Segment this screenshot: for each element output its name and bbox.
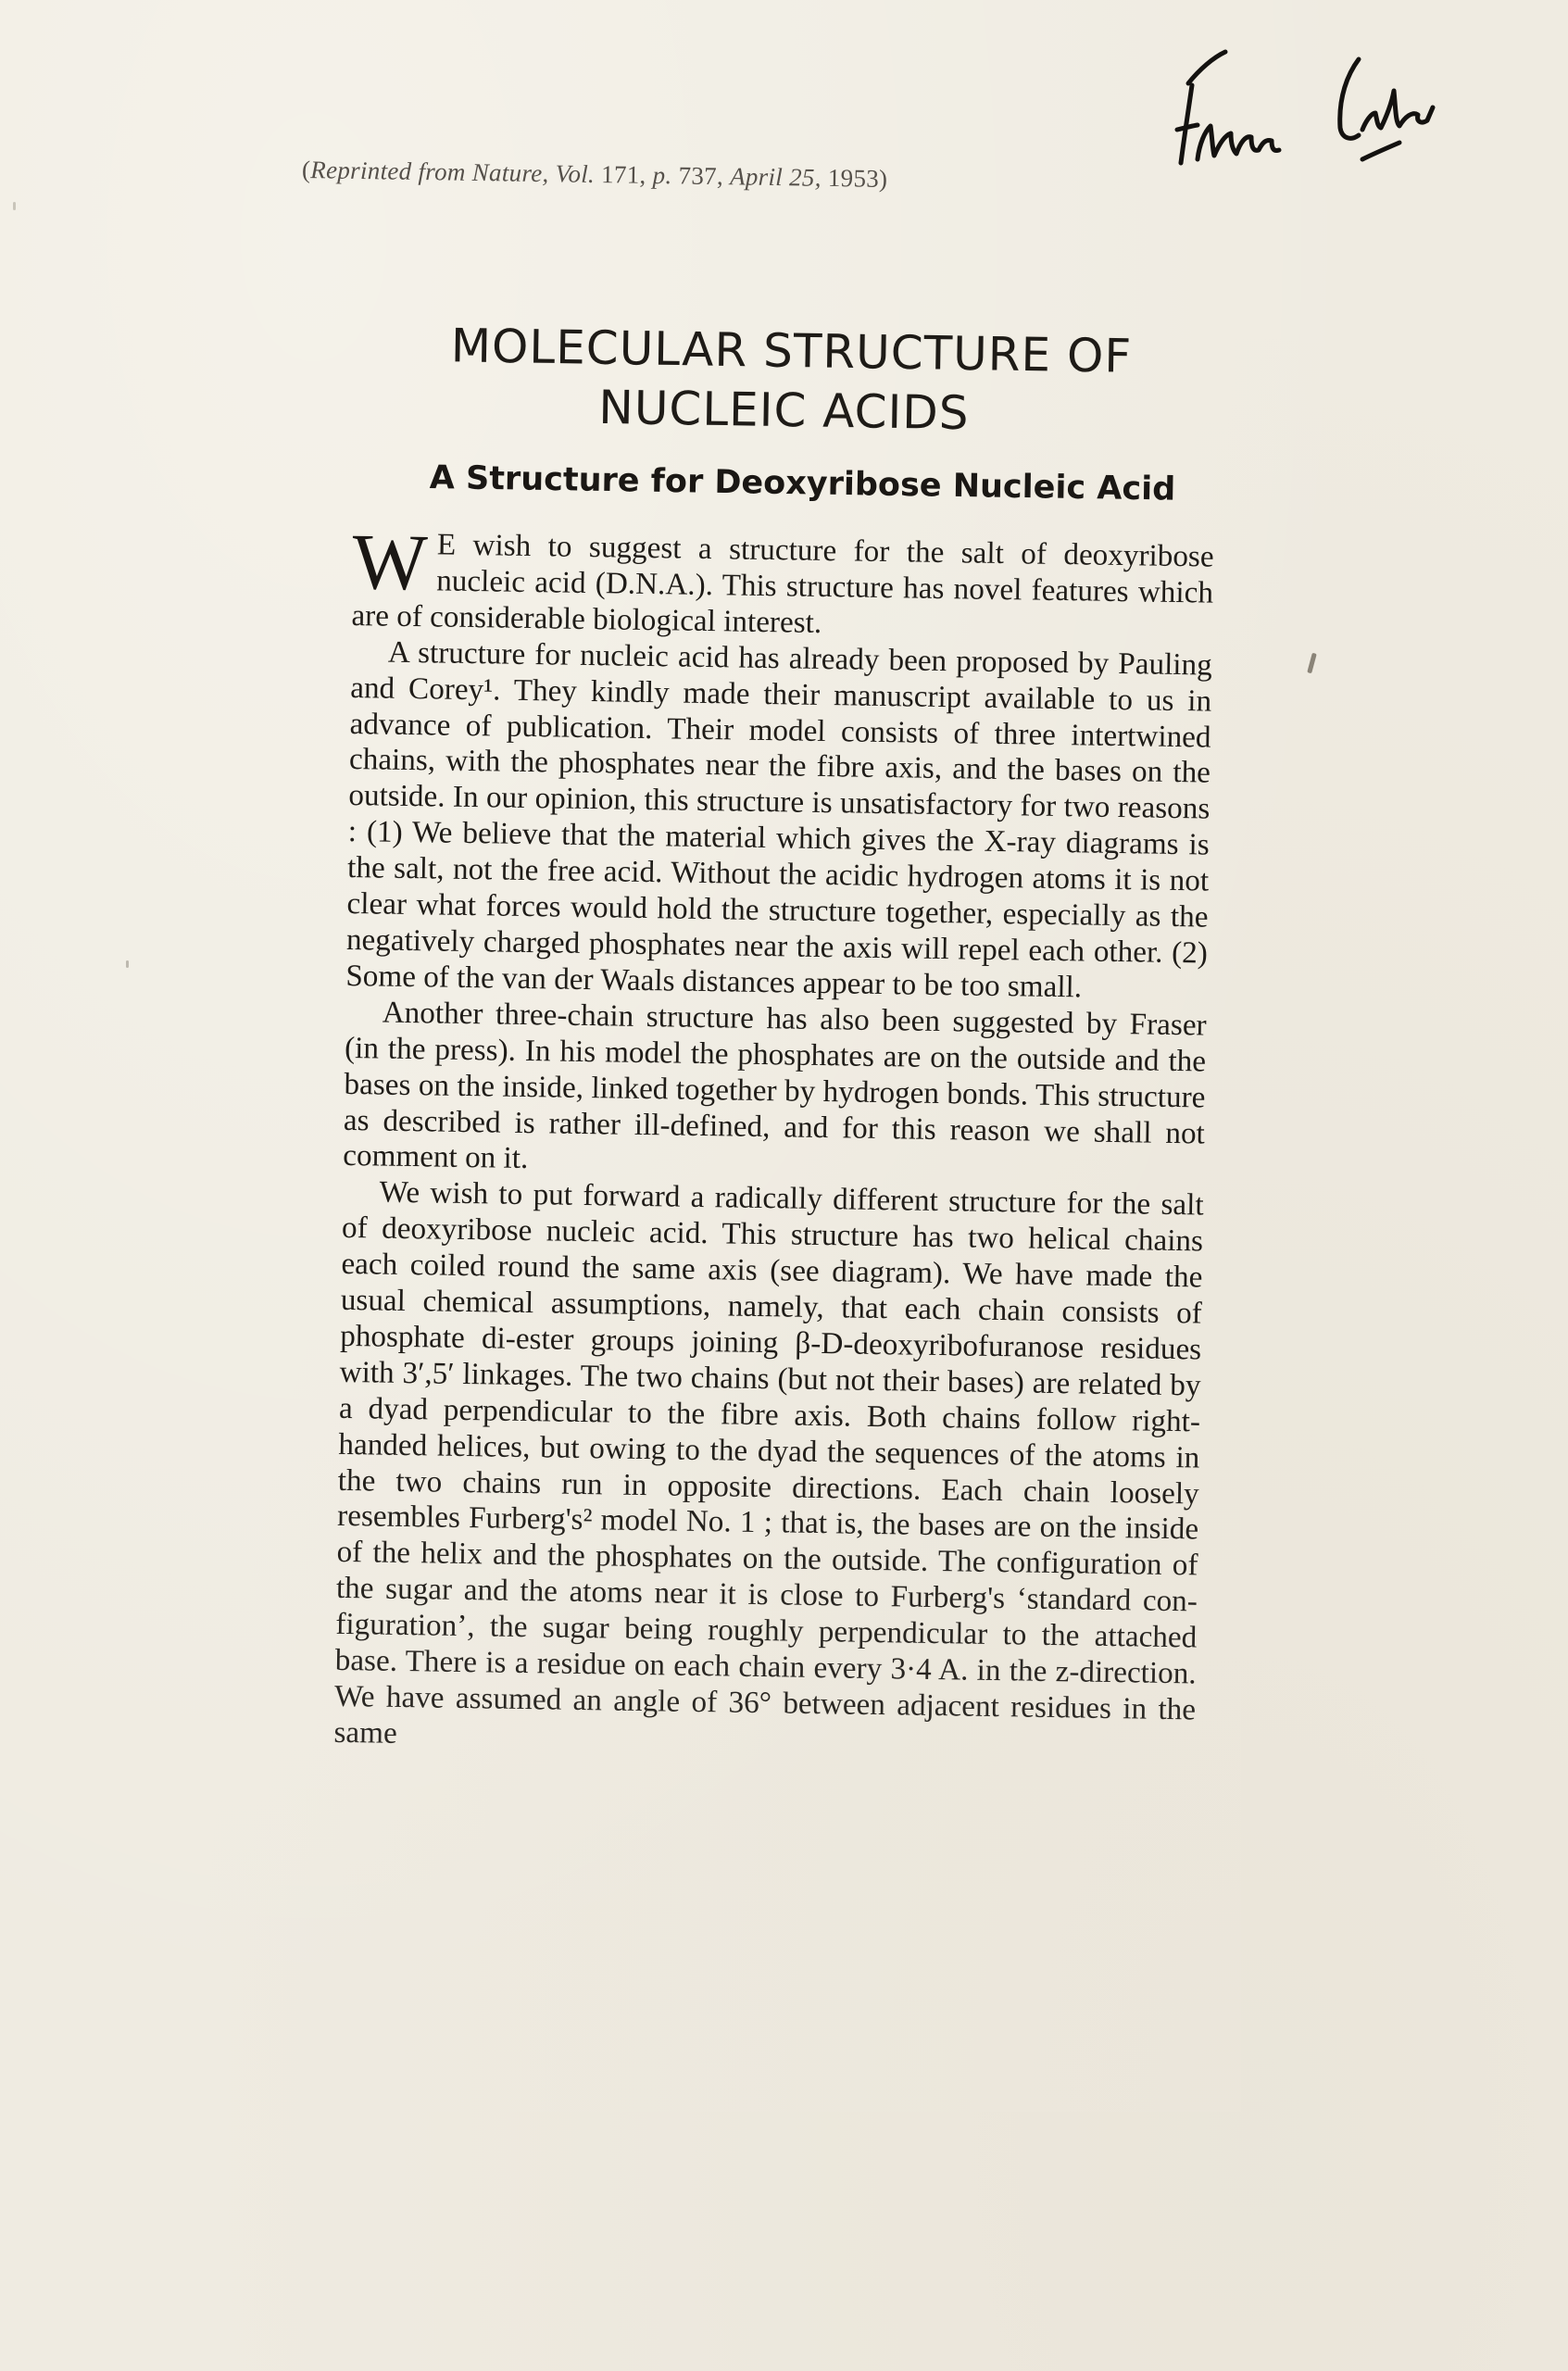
paragraph-2: A structure for nucleic acid has already… [345, 634, 1212, 1009]
citation-page-number: 737, [678, 161, 723, 190]
citation-vol-label: Vol. [555, 159, 595, 188]
citation-year: 1953) [828, 164, 888, 193]
handwritten-signature: Francis Crick [1144, 46, 1449, 176]
article-body: WE wish to suggest a structure for the s… [333, 526, 1214, 1764]
paragraph-4: We wish to put forward a radically diffe… [333, 1174, 1204, 1764]
paper-speck [13, 202, 16, 210]
paragraph-3: Another three-chain structure has also b… [343, 995, 1207, 1188]
citation-source: Reprinted from Nature, [310, 156, 549, 187]
citation-page-label: p. [652, 161, 671, 189]
paragraph-1: WE wish to suggest a structure for the s… [351, 526, 1214, 647]
citation-vol-number: 171, [601, 160, 646, 189]
drop-cap: W [352, 530, 428, 594]
paper-speck [126, 960, 129, 968]
citation-date: April 25, [730, 162, 822, 192]
paragraph-1-text: E wish to suggest a structure for the sa… [351, 527, 1214, 639]
